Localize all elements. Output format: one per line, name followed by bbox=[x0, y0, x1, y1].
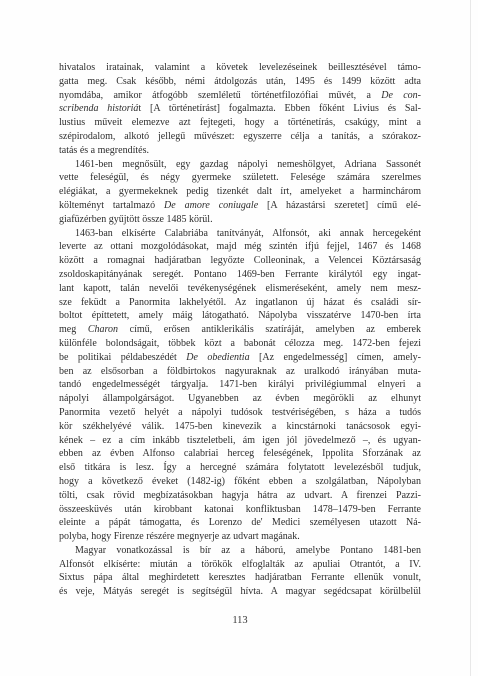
text-line: ben az elsősorban a földbirtokos nagyura… bbox=[59, 365, 421, 379]
text-run: költeményt tartalmazó bbox=[59, 200, 164, 211]
text-run: nápolyi állampolgárságot. Ugyanebben az … bbox=[59, 393, 421, 404]
text-run: t [A történetírást] fogalmazta. Ebben fő… bbox=[138, 103, 421, 114]
text-run: polyba, hogy Firenze részére megnyerje a… bbox=[59, 531, 300, 542]
text-run: sze feküdt a Panormita lakhelyétől. Az i… bbox=[59, 297, 421, 308]
text-run: vette feleségül, és négy gyermeke szület… bbox=[59, 172, 421, 183]
text-line: tandó engedelmességét tárgyalja. 1471-be… bbox=[59, 378, 421, 392]
text-run: elégiákat, a gyermekeknek pedig tizenkét… bbox=[59, 186, 421, 197]
text-line: különféle bolondságait, többek közt a ba… bbox=[59, 337, 421, 351]
text-run: tatás és a megrendítés. bbox=[59, 145, 149, 156]
text-line: polyba, hogy Firenze részére megnyerje a… bbox=[59, 530, 421, 544]
text-run: meg bbox=[59, 324, 88, 335]
text-run: leverte az ottani mozgolódásokat, majd m… bbox=[59, 241, 421, 252]
text-run: különféle bolondságait, többek közt a ba… bbox=[59, 338, 421, 349]
text-run: között a romagnai hadjáratban legyőzte C… bbox=[59, 255, 421, 266]
text-run: [Az engedelmesség] címen, amely- bbox=[250, 352, 421, 363]
text-line: ebben az évben Alfonso calabriai herceg … bbox=[59, 447, 421, 461]
text-line: szépirodalom, alkotó jellegű művészet: e… bbox=[59, 130, 421, 144]
text-run: be politikai példabeszédét bbox=[59, 352, 186, 363]
text-line: Alfonsót elkísérte: miután a törökök elf… bbox=[59, 558, 421, 572]
text-run: gatta meg. Csak később, némi átdolgozás … bbox=[59, 76, 421, 87]
page-number: 113 bbox=[59, 615, 421, 626]
text-run: lant kapott, talán nevelői tevékenységén… bbox=[59, 283, 421, 294]
text-run: hivatalos iratainak, valamint a követek … bbox=[59, 62, 421, 73]
text-run: boltot építtetett, amely máig látogathat… bbox=[59, 310, 421, 321]
text-line: zsoldoskapitányának seregét. Pontano 146… bbox=[59, 268, 421, 282]
text-run: giafüzérben gyűjtött össze 1485 körül. bbox=[59, 214, 213, 225]
text-run: Panormita vezető helyét a nápolyi tudóso… bbox=[59, 407, 421, 418]
text-line: nyomdába, amikor átfogóbb szemléletű tör… bbox=[59, 89, 421, 103]
text-line: gatta meg. Csak később, némi átdolgozás … bbox=[59, 75, 421, 89]
text-line: hivatalos iratainak, valamint a követek … bbox=[59, 61, 421, 75]
text-run: Sixtus pápa által meghirdetett keresztes… bbox=[59, 572, 421, 583]
text-line: sze feküdt a Panormita lakhelyétől. Az i… bbox=[59, 296, 421, 310]
text-line: tatás és a megrendítés. bbox=[59, 144, 421, 158]
paragraph: hivatalos iratainak, valamint a követek … bbox=[59, 61, 421, 158]
text-line: Magyar vonatkozással is bír az a háború,… bbox=[59, 544, 421, 558]
text-run: tölti, csak rövid megbízatásokban hagyja… bbox=[59, 490, 421, 501]
body-text: hivatalos iratainak, valamint a követek … bbox=[59, 61, 421, 599]
text-line: és veje, Mátyás seregét is segítségül hí… bbox=[59, 585, 421, 599]
text-run: szépirodalom, alkotó jellegű művészet: e… bbox=[59, 131, 421, 142]
text-line: kének – ez a cím inkább tiszteletbeli, á… bbox=[59, 434, 421, 448]
text-line: 1461-ben megnősült, egy gazdag nápolyi n… bbox=[59, 158, 421, 172]
text-line: leverte az ottani mozgolódásokat, majd m… bbox=[59, 240, 421, 254]
italic-run: De obedientia bbox=[186, 352, 249, 363]
page-edge-line bbox=[470, 0, 471, 676]
text-run: első titkára is lesz. Így a hercegné szá… bbox=[59, 462, 421, 473]
text-line: első titkára is lesz. Így a hercegné szá… bbox=[59, 461, 421, 475]
text-line: tölti, csak rövid megbízatásokban hagyja… bbox=[59, 489, 421, 503]
text-run: 1463-ban elkísérte Calabriába tanítványá… bbox=[75, 228, 421, 239]
text-line: lant kapott, talán nevelői tevékenységén… bbox=[59, 282, 421, 296]
italic-run: De con- bbox=[381, 90, 421, 101]
text-run: Alfonsót elkísérte: miután a törökök elf… bbox=[59, 559, 421, 570]
text-run: nyomdába, amikor átfogóbb szemléletű tör… bbox=[59, 90, 381, 101]
text-line: lustius műveit elemezve azt fejtegeti, h… bbox=[59, 116, 421, 130]
text-run: című, erősen antiklerikális szatíráját, … bbox=[118, 324, 421, 335]
text-line: boltot építtetett, amely máig látogathat… bbox=[59, 309, 421, 323]
text-run: ebben az évben Alfonso calabriai herceg … bbox=[59, 448, 421, 459]
text-run: és veje, Mátyás seregét is segítségül hí… bbox=[59, 586, 421, 597]
text-line: eleinte a pápát támogatta, és Lorenzo de… bbox=[59, 516, 421, 530]
text-run: kének – ez a cím inkább tiszteletbeli, á… bbox=[59, 435, 421, 446]
text-run: Magyar vonatkozással is bír az a háború,… bbox=[75, 545, 421, 556]
text-run: összeesküvés után kirobbant katonai konf… bbox=[59, 504, 421, 515]
book-page: hivatalos iratainak, valamint a követek … bbox=[0, 0, 478, 676]
paragraph: Magyar vonatkozással is bír az a háború,… bbox=[59, 544, 421, 599]
text-run: kör székhelyévé válik. 1475-ben kinevezi… bbox=[59, 421, 421, 432]
text-line: nápolyi állampolgárságot. Ugyanebben az … bbox=[59, 392, 421, 406]
text-run: tandó engedelmességét tárgyalja. 1471-be… bbox=[59, 379, 421, 390]
text-line: 1463-ban elkísérte Calabriába tanítványá… bbox=[59, 227, 421, 241]
text-run: ben az elsősorban a földbirtokos nagyura… bbox=[59, 366, 421, 377]
text-line: hogy a következő éveket (1482-ig) főként… bbox=[59, 475, 421, 489]
text-run: eleinte a pápát támogatta, és Lorenzo de… bbox=[59, 517, 421, 528]
text-line: vette feleségül, és négy gyermeke szület… bbox=[59, 171, 421, 185]
paragraph: 1463-ban elkísérte Calabriába tanítványá… bbox=[59, 227, 421, 544]
paragraph: 1461-ben megnősült, egy gazdag nápolyi n… bbox=[59, 158, 421, 227]
text-run: hogy a következő éveket (1482-ig) főként… bbox=[59, 476, 421, 487]
text-line: meg Charon című, erősen antiklerikális s… bbox=[59, 323, 421, 337]
text-line: között a romagnai hadjáratban legyőzte C… bbox=[59, 254, 421, 268]
text-run: zsoldoskapitányának seregét. Pontano 146… bbox=[59, 269, 421, 280]
text-line: kör székhelyévé válik. 1475-ben kinevezi… bbox=[59, 420, 421, 434]
text-line: Panormita vezető helyét a nápolyi tudóso… bbox=[59, 406, 421, 420]
text-line: giafüzérben gyűjtött össze 1485 körül. bbox=[59, 213, 421, 227]
text-line: scribenda historiát [A történetírást] fo… bbox=[59, 102, 421, 116]
text-run: lustius műveit elemezve azt fejtegeti, h… bbox=[59, 117, 421, 128]
text-line: elégiákat, a gyermekeknek pedig tizenkét… bbox=[59, 185, 421, 199]
italic-run: De amore coniugale bbox=[164, 200, 258, 211]
text-line: be politikai példabeszédét De obedientia… bbox=[59, 351, 421, 365]
text-run: 1461-ben megnősült, egy gazdag nápolyi n… bbox=[75, 159, 421, 170]
text-line: Sixtus pápa által meghirdetett keresztes… bbox=[59, 571, 421, 585]
text-line: költeményt tartalmazó De amore coniugale… bbox=[59, 199, 421, 213]
text-line: összeesküvés után kirobbant katonai konf… bbox=[59, 503, 421, 517]
italic-run: scribenda historiá bbox=[59, 103, 138, 114]
text-run: [A házastársi szeretet] című elé- bbox=[258, 200, 421, 211]
italic-run: Charon bbox=[88, 324, 118, 335]
